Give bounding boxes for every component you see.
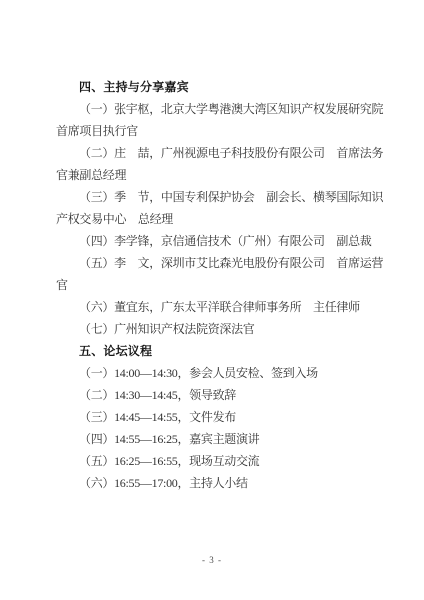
page-number: - 3 - <box>0 555 424 565</box>
guest-item-4: （四）李学锋，京信通信技术（广州）有限公司 副总裁 <box>56 230 376 252</box>
guest-item-2-line-1: （二）庄 喆，广州视源电子科技股份有限公司 首席法务 <box>56 142 376 164</box>
guest-item-6: （六）董宜东，广东太平洋联合律师事务所 主任律师 <box>56 296 376 318</box>
guest-item-7: （七）广州知识产权法院资深法官 <box>56 318 376 340</box>
guest-item-3-line-2: 产权交易中心 总经理 <box>56 208 376 230</box>
agenda-item-5: （五）16:25—16:55，现场互动交流 <box>56 450 376 472</box>
guest-item-5-line-2: 官 <box>56 274 376 296</box>
document-content: 四、主持与分享嘉宾 （一）张宇枢，北京大学粤港澳大湾区知识产权发展研究院 首席项… <box>56 76 376 494</box>
guest-item-1-line-1: （一）张宇枢，北京大学粤港澳大湾区知识产权发展研究院 <box>56 98 376 120</box>
section-heading-guests: 四、主持与分享嘉宾 <box>56 76 376 98</box>
section-heading-agenda: 五、论坛议程 <box>56 340 376 362</box>
guest-item-5-line-1: （五）李 文，深圳市艾比森光电股份有限公司 首席运营 <box>56 252 376 274</box>
guest-item-2-line-2: 官兼副总经理 <box>56 164 376 186</box>
agenda-item-3: （三）14:45—14:55，文件发布 <box>56 406 376 428</box>
guest-item-3-line-1: （三）季 节，中国专利保护协会 副会长、横琴国际知识 <box>56 186 376 208</box>
agenda-item-2: （二）14:30—14:45，领导致辞 <box>56 384 376 406</box>
guest-item-1-line-2: 首席项目执行官 <box>56 120 376 142</box>
document-page: 四、主持与分享嘉宾 （一）张宇枢，北京大学粤港澳大湾区知识产权发展研究院 首席项… <box>0 0 424 600</box>
agenda-item-4: （四）14:55—16:25，嘉宾主题演讲 <box>56 428 376 450</box>
agenda-item-1: （一）14:00—14:30，参会人员安检、签到入场 <box>56 362 376 384</box>
agenda-item-6: （六）16:55—17:00，主持人小结 <box>56 472 376 494</box>
